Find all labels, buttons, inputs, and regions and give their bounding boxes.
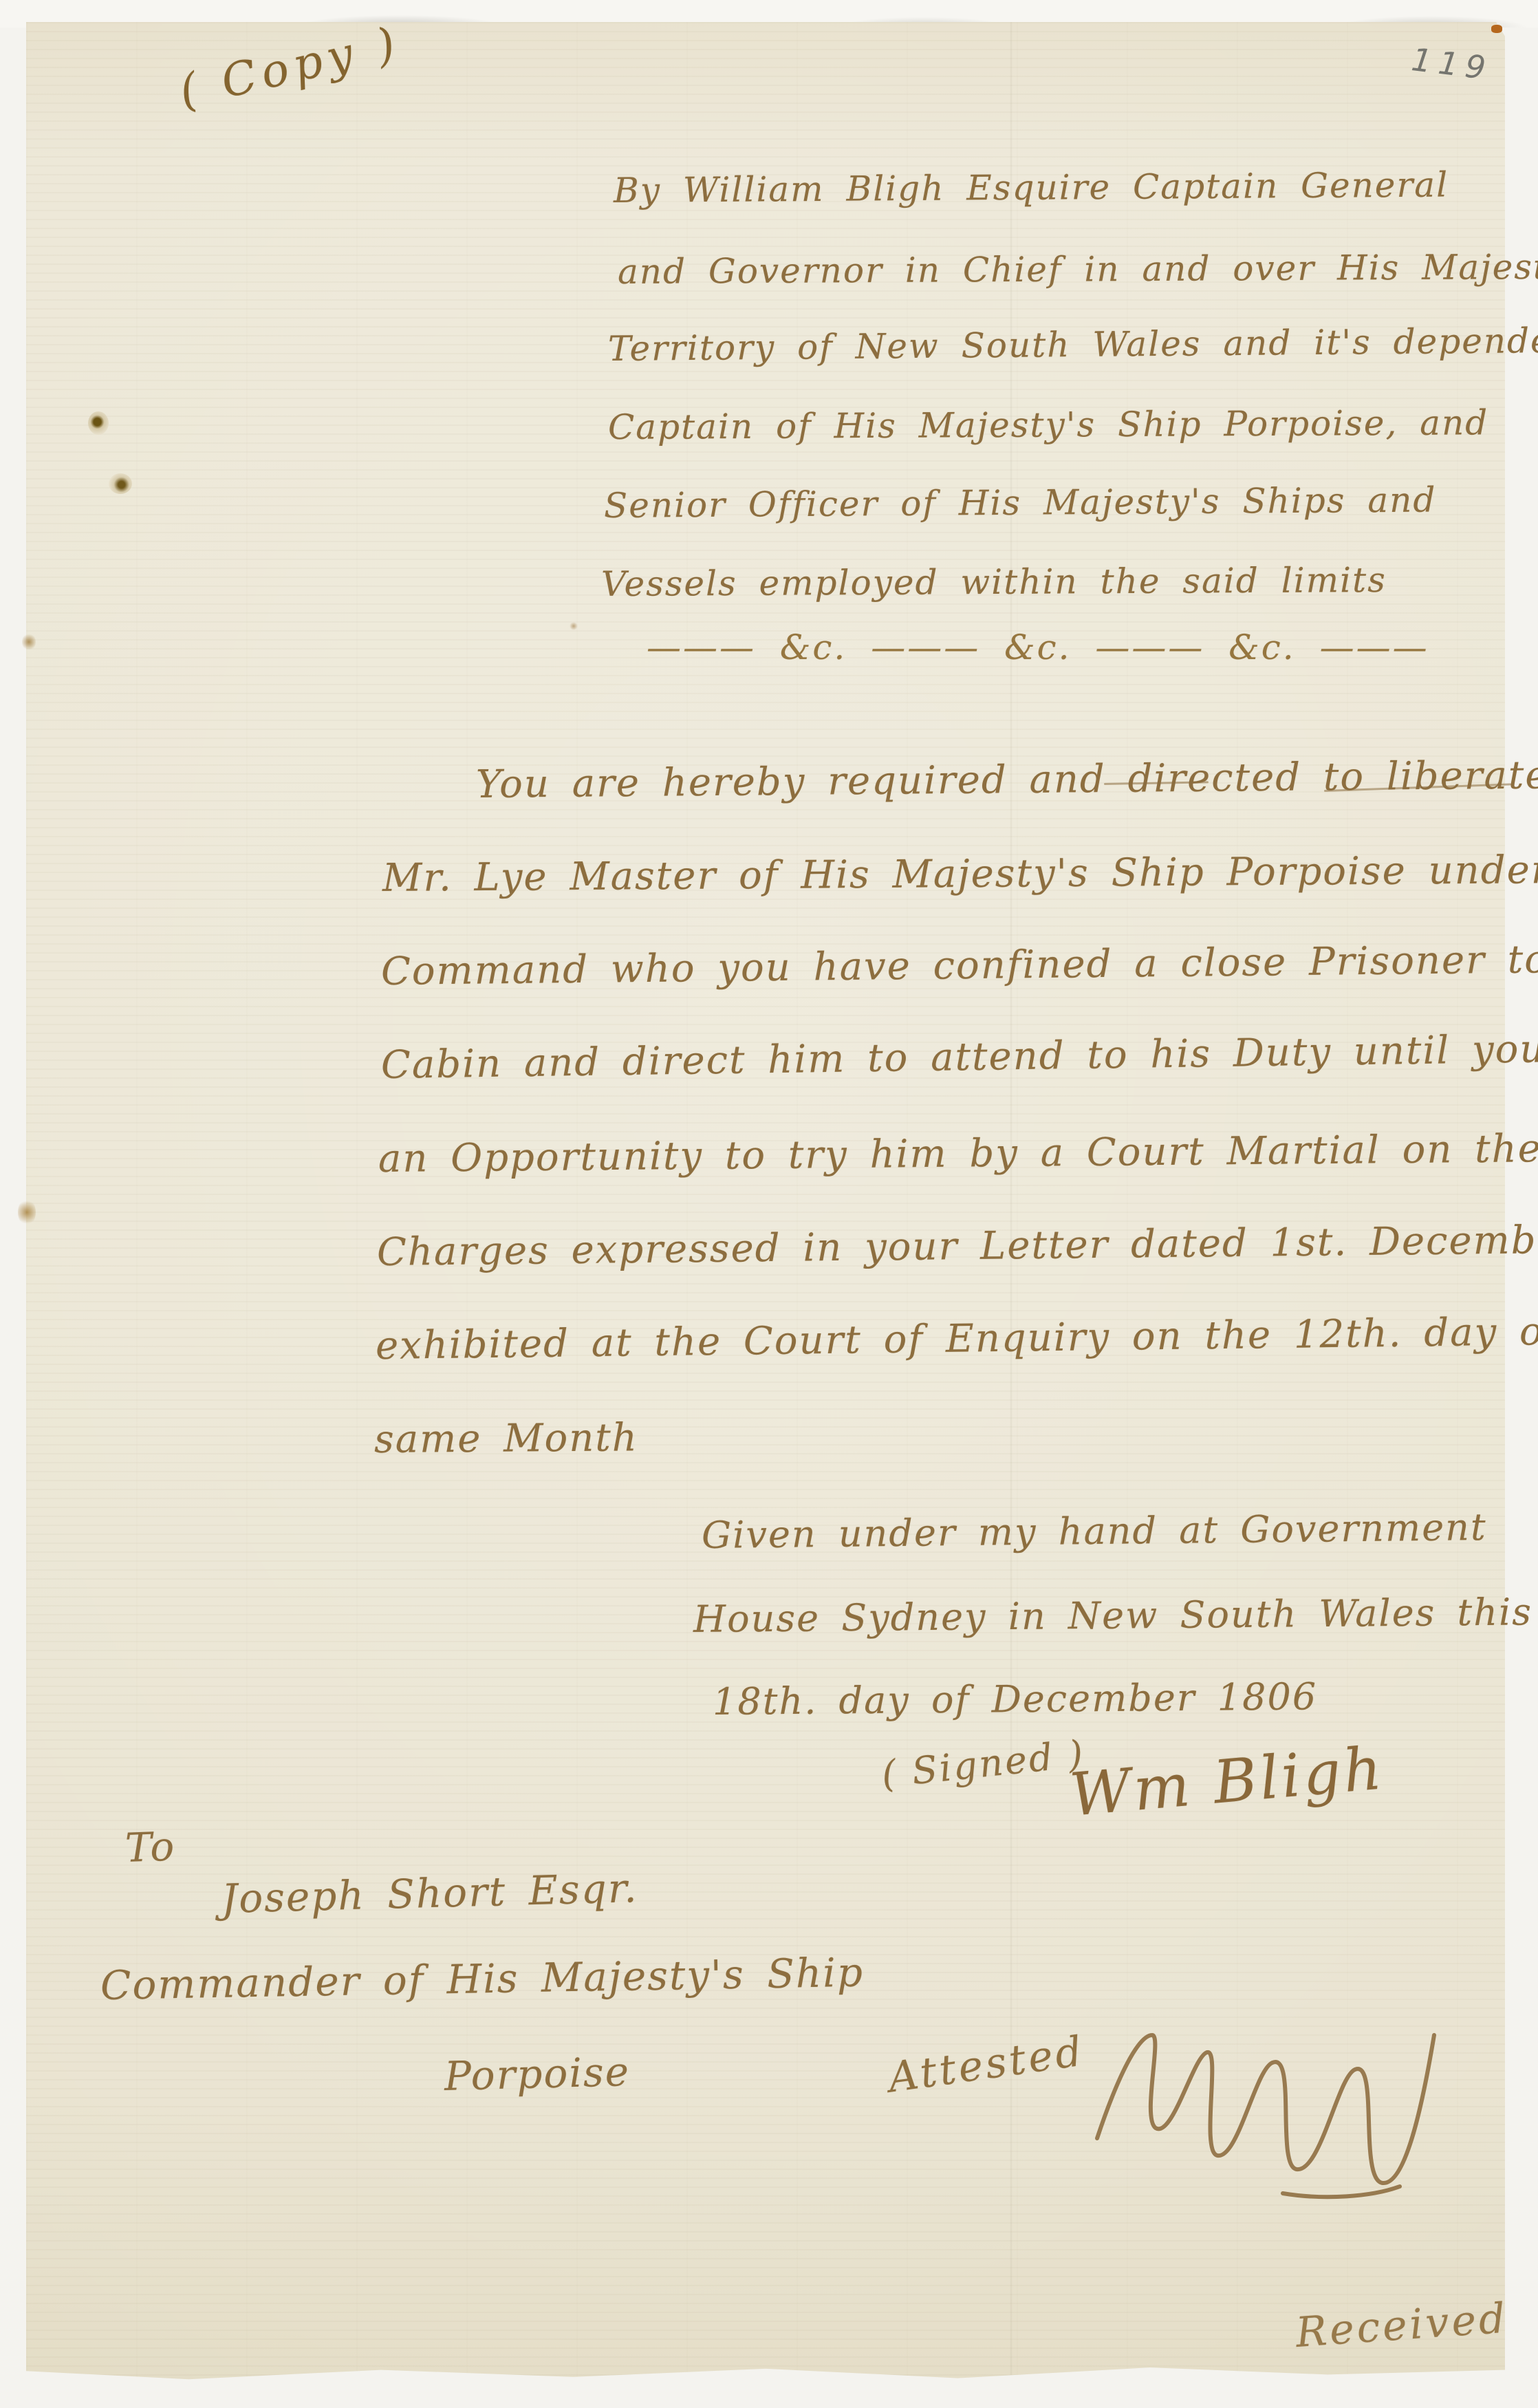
heading-line: Territory of New South Wales and it's de… bbox=[608, 320, 1538, 369]
heading-line: Vessels employed within the said limits bbox=[601, 560, 1387, 604]
closing-line: House Sydney in New South Wales this bbox=[693, 1590, 1533, 1641]
body-line: same Month bbox=[374, 1415, 638, 1462]
foxing-spot bbox=[570, 622, 578, 630]
paper-crease bbox=[1010, 22, 1012, 2375]
edge-stain bbox=[18, 1198, 36, 1226]
body-line: Mr. Lye Master of His Majesty's Ship Por… bbox=[382, 847, 1538, 901]
closing-line: Given under my hand at Government bbox=[702, 1505, 1487, 1557]
heading-line: By William Bligh Esquire Captain General bbox=[614, 165, 1449, 211]
heading-line: Senior Officer of His Majesty's Ships an… bbox=[604, 480, 1437, 526]
wormhole-blemish bbox=[88, 411, 109, 435]
attestation-signature-scrawl-icon bbox=[1076, 1994, 1475, 2207]
wormhole-blemish bbox=[109, 473, 132, 494]
corner-stain bbox=[1491, 25, 1502, 33]
scanned-document: 119 ( Copy ) By William Bligh Esquire Ca… bbox=[0, 0, 1538, 2408]
addressee-line: To bbox=[124, 1823, 176, 1871]
heading-line: Captain of His Majesty's Ship Porpoise, … bbox=[608, 402, 1489, 447]
addressee-line: Porpoise bbox=[444, 2048, 631, 2100]
etcetera-line: ——— &c. ——— &c. ——— &c. ——— bbox=[647, 627, 1429, 667]
heading-line: and Governor in Chief in and over His Ma… bbox=[618, 247, 1538, 292]
closing-line: 18th. day of December 1806 bbox=[713, 1675, 1318, 1723]
body-line: You are hereby required and directed to … bbox=[476, 753, 1538, 807]
edge-stain bbox=[22, 633, 36, 651]
